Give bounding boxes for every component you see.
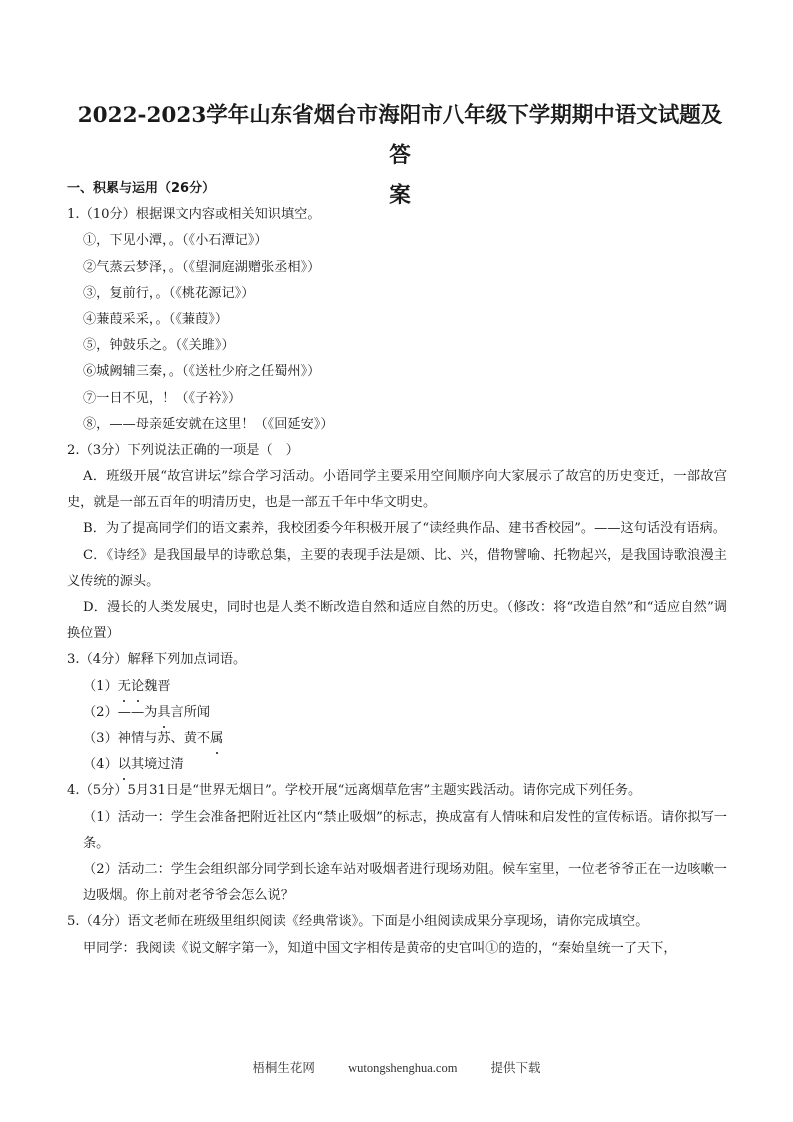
q3-item-number: （3） xyxy=(83,731,118,746)
q1-item: ⑦一日不见，！（《子衿》） xyxy=(67,386,727,412)
q3-item-number: （1） xyxy=(83,679,118,694)
title-line-1: 2022-2023学年山东省烟台市海阳市八年级下学期期中语文试题及答 xyxy=(70,96,730,176)
emphasized-char: 以 xyxy=(118,752,131,778)
q1-item: ①，下见小潭，。（《小石潭记》） xyxy=(67,228,727,254)
q5-paragraph-1: 甲同学：我阅读《说文解字第一》，知道中国文字相传是黄帝的史官叫①的造的，“秦始皇… xyxy=(67,936,727,962)
q2-option-a: A．班级开展“故宫讲坛”综合学习活动。小语同学主要采用空间顺序向大家展示了故宫的… xyxy=(67,464,727,516)
emphasized-char: 具 xyxy=(157,700,170,726)
footer-site-name: 梧桐生花网 xyxy=(252,1061,315,1075)
q2-option-c: C．《诗经》是我国最早的诗歌总集，主要的表现手法是颂、比、兴，借物譬喻、托物起兴… xyxy=(67,543,727,595)
char: 过 xyxy=(157,757,170,772)
char: 清 xyxy=(171,757,184,772)
question-2-stem: 2.（3分）下列说法正确的一项是（ ） xyxy=(67,438,727,464)
char: 、 xyxy=(171,731,184,746)
q1-item: ③，复前行，。（《桃花源记》） xyxy=(67,281,727,307)
document-page: 2022-2023学年山东省烟台市海阳市八年级下学期期中语文试题及答 案 一、积… xyxy=(0,0,793,1122)
q1-item: ⑧，——母亲延安就在这里！（《回延安》） xyxy=(67,412,727,438)
q3-item: （3）神情与苏、黄不属 xyxy=(67,726,727,752)
page-footer: 梧桐生花网 wutongshenghua.com 提供下载 xyxy=(0,1058,793,1076)
char: 闻 xyxy=(197,705,210,720)
document-body: 一、积累与运用（26分） 1.（10分）根据课文内容或相关知识填空。 ①，下见小… xyxy=(67,176,727,962)
emphasized-char: 无 xyxy=(118,674,131,700)
q2-option-b: B．为了提高同学们的语文素养，我校团委今年积极开展了“读经典作品、建书香校园”。… xyxy=(67,516,727,542)
q4-sub-1-text: （1）活动一：学生会准备把附近社区内“禁止吸烟”的标志，换成富有人情味和启发性的… xyxy=(83,805,727,857)
char: 与 xyxy=(144,731,157,746)
char: 黄 xyxy=(184,731,197,746)
q4-sub-2: （2）活动二：学生会组织部分同学到长途车站对吸烟者进行现场劝阻。候车室里，一位老… xyxy=(67,857,727,909)
char: 所 xyxy=(184,705,197,720)
q1-item: ⑥城阙辅三秦，。（《送杜少府之任蜀州》） xyxy=(67,359,727,385)
question-3-stem: 3.（4分）解释下列加点词语。 xyxy=(67,647,727,673)
footer-site-url[interactable]: wutongshenghua.com xyxy=(348,1061,457,1075)
emphasized-char: 论 xyxy=(131,674,144,700)
emphasized-char: 属 xyxy=(210,726,223,752)
q3-item-number: （4） xyxy=(83,757,118,772)
char: 其 xyxy=(131,757,144,772)
q3-item-number: （2） xyxy=(83,705,118,720)
q3-item: （2）——为具言所闻 xyxy=(67,700,727,726)
section-heading: 一、积累与运用（26分） xyxy=(67,176,727,202)
q4-sub-1: （1）活动一：学生会准备把附近社区内“禁止吸烟”的标志，换成富有人情味和启发性的… xyxy=(67,805,727,857)
question-1-stem: 1.（10分）根据课文内容或相关知识填空。 xyxy=(67,202,727,228)
char: — xyxy=(118,705,131,720)
q3-item: （4）以其境过清 xyxy=(67,752,727,778)
q1-item: ④蒹葭采采，。（《蒹葭》） xyxy=(67,307,727,333)
char: — xyxy=(131,705,144,720)
char: 为 xyxy=(144,705,157,720)
question-5-stem: 5.（4分）语文老师在班级里组织阅读《经典常谈》。下面是小组阅读成果分享现场，请… xyxy=(67,909,727,935)
q2-option-d: D．漫长的人类发展史，同时也是人类不断改造自然和适应自然的历史。（修改：将“改造… xyxy=(67,595,727,647)
char: 魏 xyxy=(144,679,157,694)
char: 言 xyxy=(171,705,184,720)
char: 情 xyxy=(131,731,144,746)
char: 神 xyxy=(118,731,131,746)
char: 境 xyxy=(144,757,157,772)
char: 不 xyxy=(197,731,210,746)
question-4-stem: 4.（5分）5月31日是“世界无烟日”。学校开展“远离烟草危害”主题实践活动。请… xyxy=(67,778,727,804)
footer-note: 提供下载 xyxy=(491,1061,541,1075)
q1-item: ②气蒸云梦泽，。（《望洞庭湖赠张丞相》） xyxy=(67,255,727,281)
q1-item: ⑤，钟鼓乐之。（《关雎》） xyxy=(67,333,727,359)
q4-sub-2-text: （2）活动二：学生会组织部分同学到长途车站对吸烟者进行现场劝阻。候车室里，一位老… xyxy=(83,857,727,909)
char: 苏 xyxy=(157,731,170,746)
q3-item: （1）无论魏晋 xyxy=(67,674,727,700)
char: 晋 xyxy=(157,679,170,694)
